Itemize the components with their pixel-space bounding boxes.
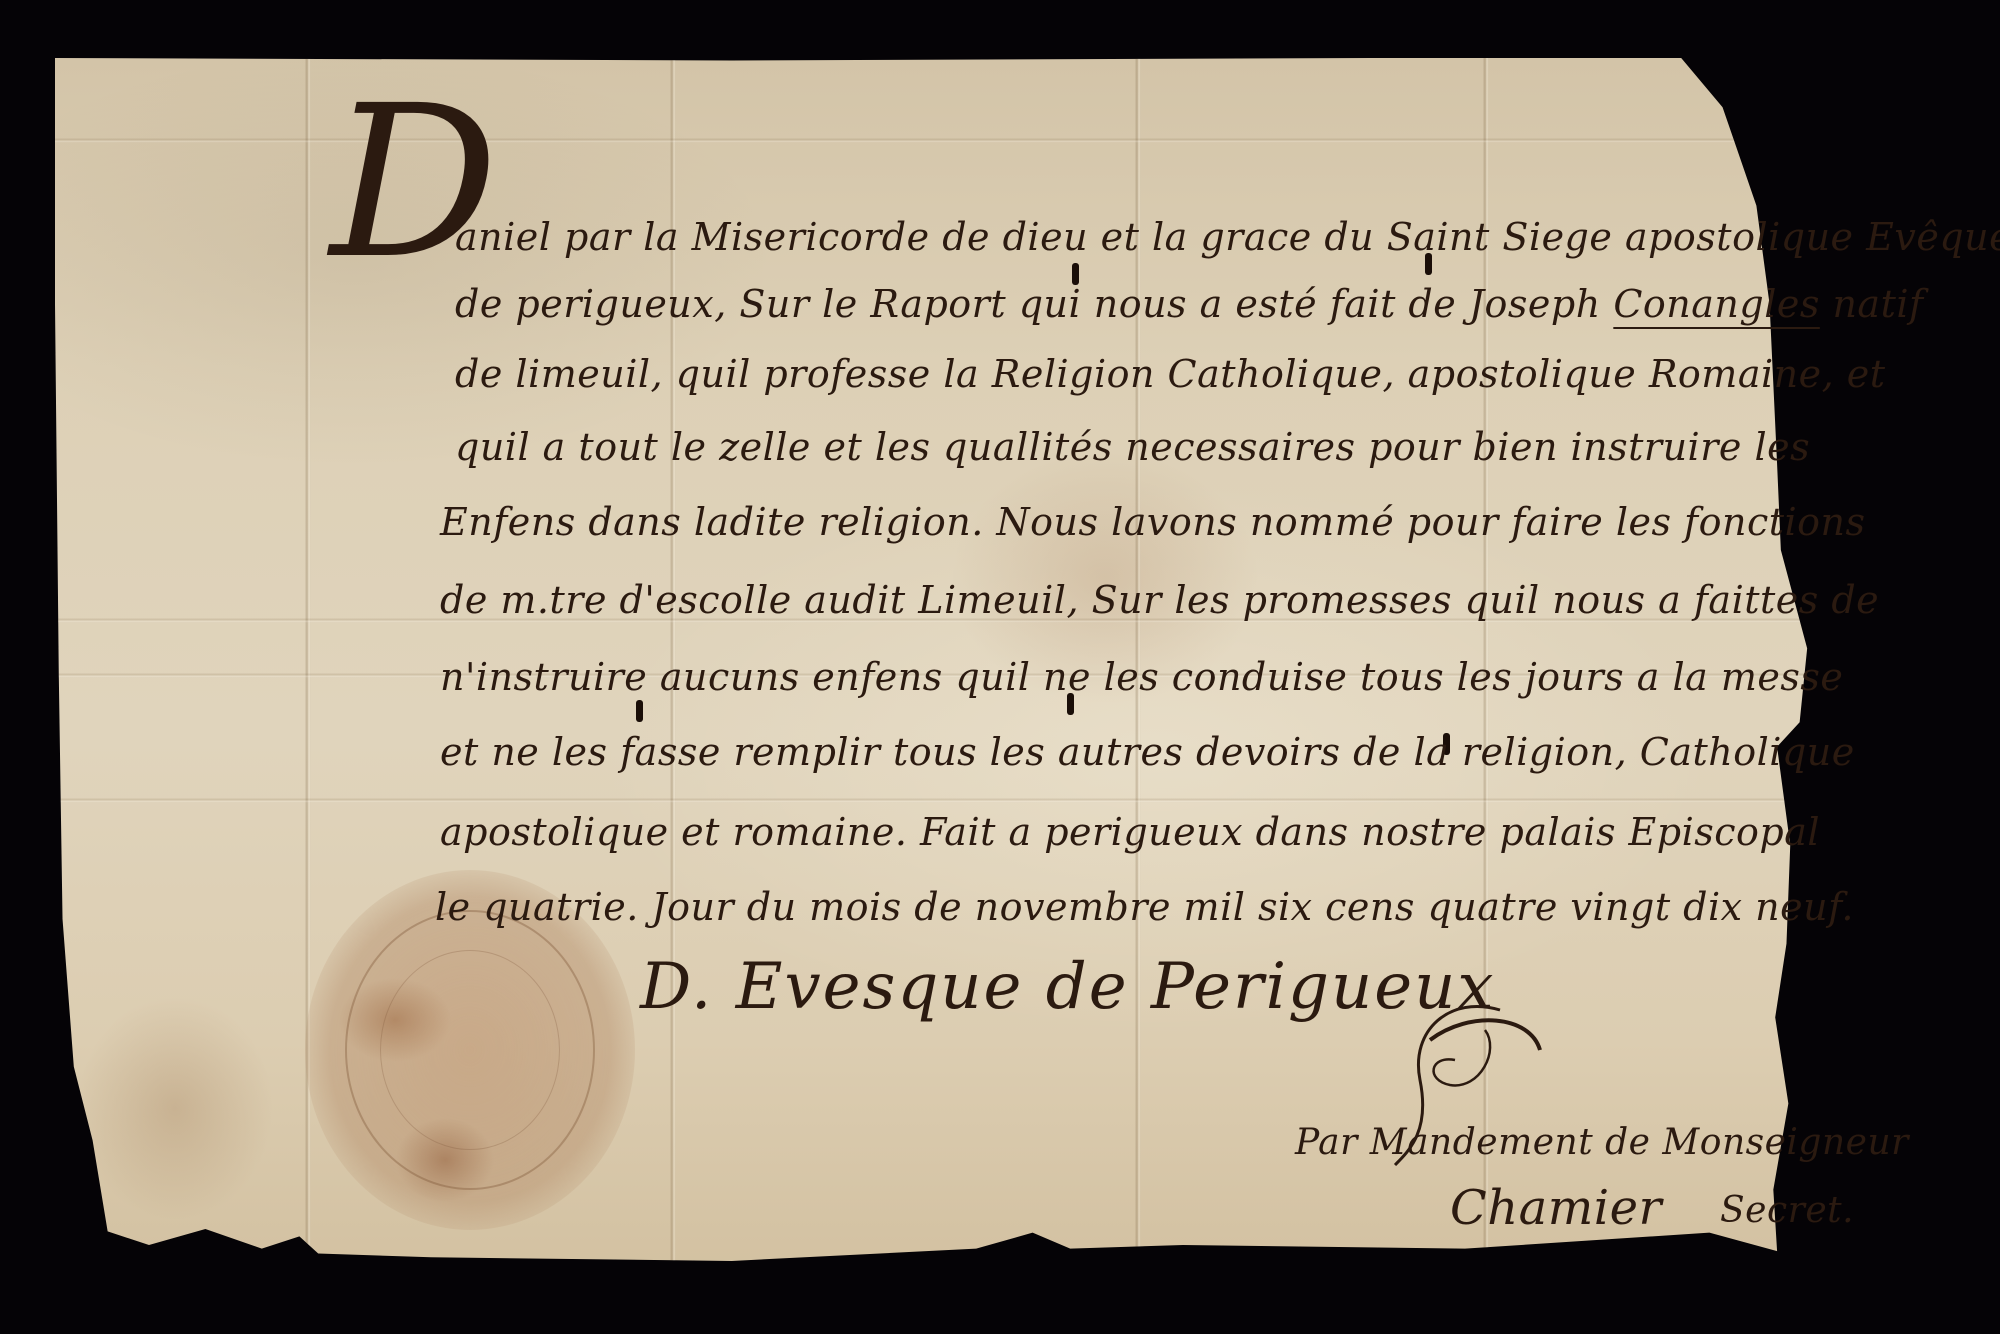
crease-line — [55, 798, 1935, 803]
secretary-title: Secret. — [1720, 1190, 1854, 1231]
text-line-7: n'instruire aucuns enfens quil ne les co… — [440, 655, 1843, 699]
text-line-6: de m.tre d'escolle audit Limeuil, Sur le… — [440, 578, 1879, 622]
text-line-2-main: de perigueux, Sur le Raport qui nous a e… — [455, 282, 1601, 326]
text-line-1: aniel par la Misericorde de dieu et la g… — [455, 215, 2000, 259]
text-line-2: de perigueux, Sur le Raport qui nous a e… — [455, 282, 1924, 326]
underlined-surname: Conangles — [1613, 282, 1820, 326]
bishop-signature: D. Evesque de Perigueux — [640, 950, 1495, 1024]
text-line-8: et ne les fasse remplir tous les autres … — [440, 730, 1855, 774]
seal-inner-ring — [380, 950, 560, 1150]
text-line-9: apostolique et romaine. Fait a perigueux… — [440, 810, 1820, 854]
text-line-3: de limeuil, quil professe la Religion Ca… — [455, 352, 1886, 396]
image-canvas: D aniel par la Misericorde de dieu et la… — [0, 0, 2000, 1334]
text-line-10: le quatrie. Jour du mois de novembre mil… — [435, 885, 1854, 929]
text-line-2-suffix: natif — [1832, 282, 1923, 326]
text-line-5: Enfens dans ladite religion. Nous lavons… — [440, 500, 1866, 544]
secretary-name: Chamier — [1450, 1180, 1662, 1236]
text-line-4: quil a tout le zelle et les quallités ne… — [455, 425, 1810, 469]
paper-hole — [636, 700, 643, 722]
countersign-mandate: Par Mandement de Monseigneur — [1295, 1122, 1909, 1163]
